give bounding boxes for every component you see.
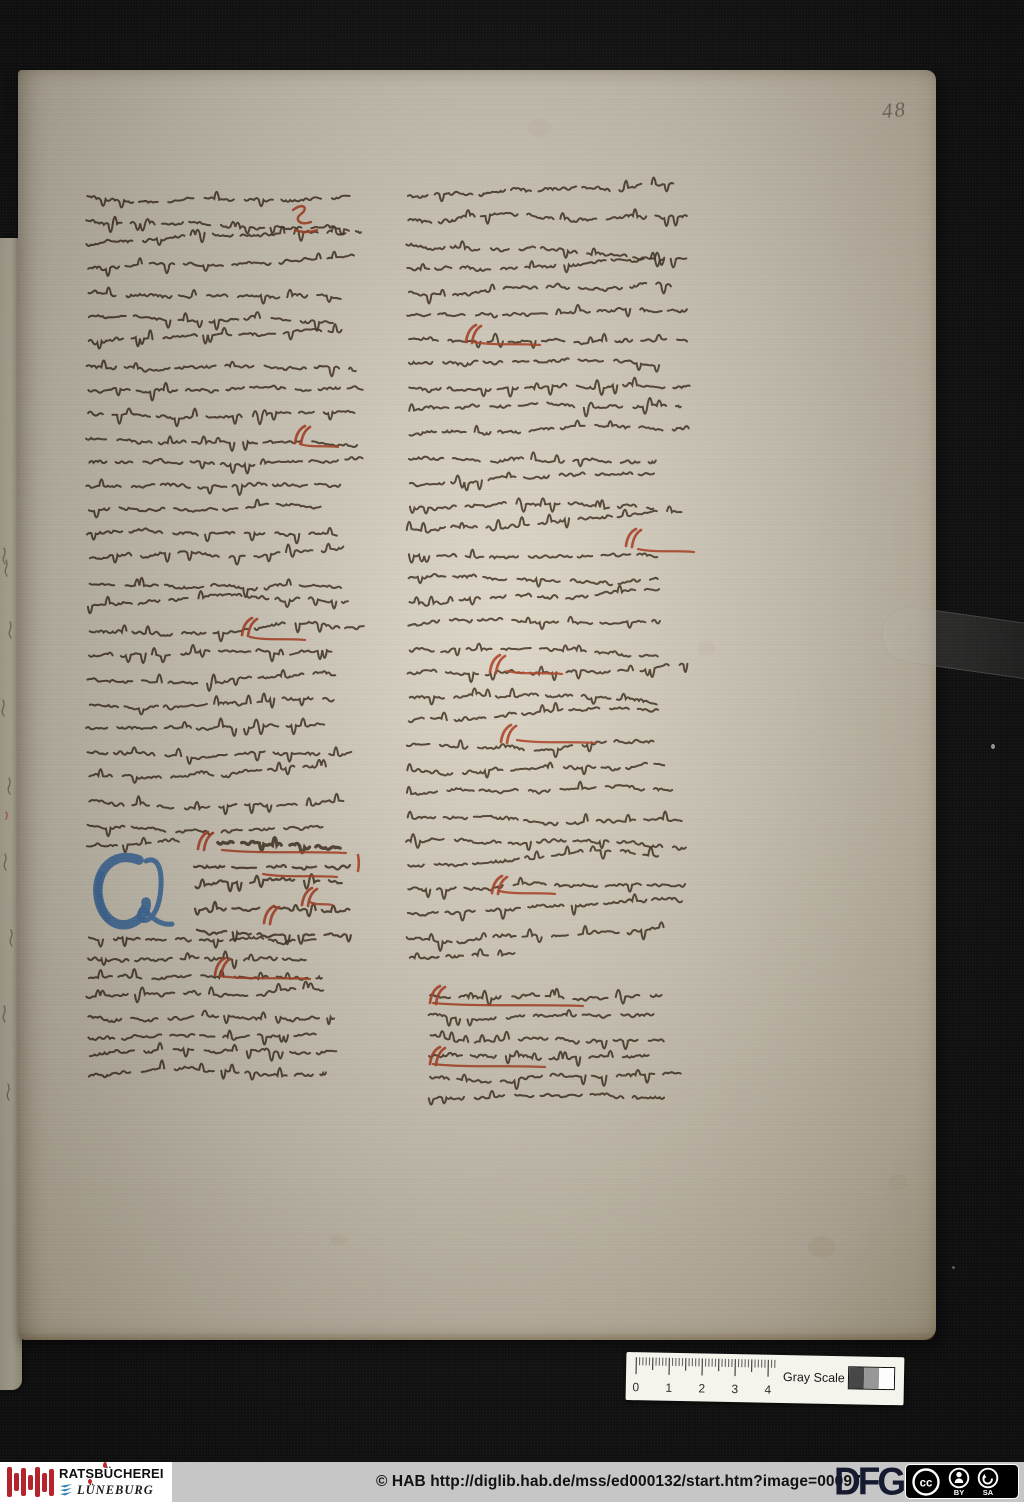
manuscript-page (18, 70, 936, 1340)
library-bars-icon (7, 1465, 54, 1499)
dust-speck (991, 744, 995, 749)
ruler-ticks-icon (634, 1355, 784, 1382)
footer-bar: RATSBÜCHEREI LÜNEBURG © HAB http://digli… (0, 1462, 1024, 1502)
cc-icon: cc (911, 1467, 941, 1497)
library-wordmark: RATSBÜCHEREI LÜNEBURG (59, 1467, 164, 1498)
umlaut-drop-icon (88, 1479, 92, 1484)
sa-label: SA (983, 1489, 993, 1497)
umlaut-drop-icon (103, 1462, 107, 1468)
library-city: LÜNEBURG (77, 1483, 154, 1498)
ruler-number: 0 (630, 1380, 642, 1394)
gray-scale-patch (864, 1368, 879, 1389)
sa-arrow-icon (977, 1467, 999, 1489)
wave-icon (59, 1484, 74, 1496)
gray-scale-patch (879, 1368, 894, 1389)
page-bottom-edge (18, 1332, 936, 1340)
gray-scale-patch (849, 1367, 864, 1388)
ruler-number: 4 (762, 1383, 774, 1397)
ruler-number: 1 (663, 1381, 675, 1395)
cc-license-badge[interactable]: cc BY SA (905, 1464, 1019, 1499)
folio-number: 48 (881, 97, 908, 124)
gray-scale-patches (848, 1366, 895, 1390)
svg-text:cc: cc (920, 1477, 933, 1489)
by-label: BY (954, 1489, 964, 1497)
copyright-text[interactable]: © HAB http://diglib.hab.de/mss/ed000132/… (376, 1462, 861, 1502)
library-logo[interactable]: RATSBÜCHEREI LÜNEBURG (0, 1462, 172, 1502)
dust-speck (952, 1266, 955, 1269)
photo-backdrop: 48 01234 Gray Scale RATSBÜCHEREI LÜ (0, 0, 1024, 1502)
library-name: RATSBÜCHEREI (59, 1467, 164, 1480)
ruler-number: 2 (696, 1381, 708, 1395)
by-person-icon (948, 1467, 970, 1489)
gray-scale-label: Gray Scale (783, 1370, 845, 1385)
ruler-number: 3 (729, 1382, 741, 1396)
dfg-logo[interactable]: DFG (834, 1461, 903, 1502)
calibration-ruler: 01234 Gray Scale (626, 1352, 905, 1405)
